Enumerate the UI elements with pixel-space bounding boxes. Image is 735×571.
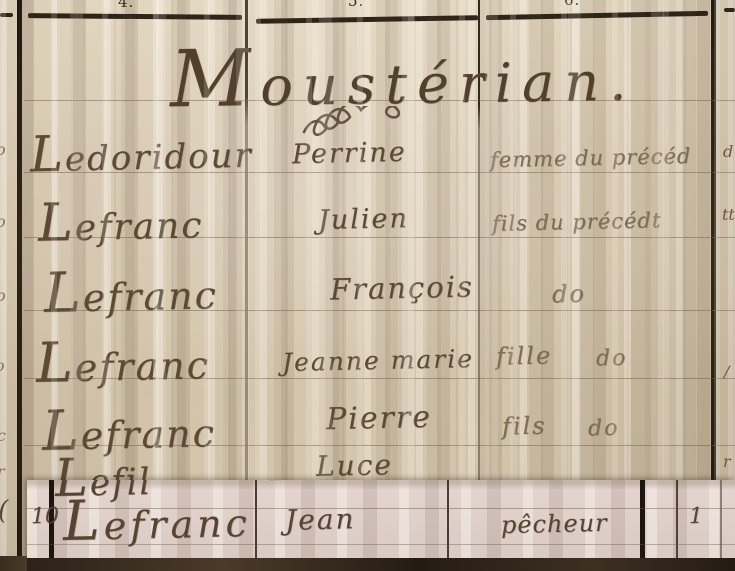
- row-firstname-partial: Luce: [316, 451, 393, 481]
- strip-line-number: 10: [31, 506, 59, 529]
- strip-firstname: Jean: [285, 505, 356, 534]
- register-page-photo: 4. 5. 6. Moustérian. Ledoridour Perrine …: [0, 0, 735, 571]
- row-surname: Lefranc: [43, 262, 218, 321]
- left-margin-mark: o: [0, 286, 6, 305]
- row-firstname: Pierre: [326, 403, 433, 435]
- overlapping-photo-strip: Lefil Luce 10 Lefranc Jean pêcheur 1: [27, 480, 735, 571]
- row-ditto: do: [596, 348, 628, 371]
- strip-partial-firstname: Luce: [269, 480, 346, 485]
- strip-bottom-border-band: [27, 558, 735, 571]
- row-firstname: François: [330, 272, 474, 304]
- right-margin-mark: /: [724, 362, 729, 381]
- table-right-border: [711, 0, 716, 490]
- row-relation: fils du précédt: [492, 210, 662, 235]
- header-rule-right-stub: [724, 8, 735, 12]
- column-number-5: 5.: [348, 0, 364, 10]
- row-ditto: do: [588, 418, 620, 441]
- right-margin-mark: d: [723, 142, 733, 161]
- strip-surname: Lefranc: [62, 490, 251, 549]
- row-relation: do: [552, 282, 586, 307]
- left-margin-mark: r: [0, 462, 5, 481]
- bottom-left-pen-mark: (: [0, 496, 8, 526]
- left-margin-mark: o: [0, 140, 6, 159]
- left-margin-mark: o: [0, 212, 6, 231]
- right-margin-mark: tt: [722, 205, 735, 224]
- table-left-border: [17, 0, 22, 571]
- column-number-6: 6.: [564, 0, 580, 9]
- row-relation: fils: [502, 414, 547, 439]
- strip-occupation: pêcheur: [501, 511, 608, 537]
- row-firstname: Perrine: [292, 139, 407, 168]
- header-rule-left-stub: [0, 13, 13, 17]
- header-rule-col5: [256, 15, 478, 23]
- strip-tally: 1: [689, 506, 705, 528]
- header-rule-col4: [28, 13, 242, 20]
- row-surname: Lefranc: [35, 332, 210, 391]
- column-number-4: 4.: [118, 0, 134, 11]
- row-firstname: Julien: [318, 205, 409, 234]
- left-margin-mark: o: [0, 356, 5, 375]
- row-surname: Lefranc: [37, 194, 203, 250]
- header-rule-col6: [486, 11, 708, 20]
- row-relation: fille: [496, 343, 553, 368]
- bottom-left-border-band: [0, 556, 27, 571]
- right-margin-mark: r: [723, 452, 731, 471]
- row-surname: Ledoridour: [30, 126, 254, 180]
- row-relation: femme du précéd: [490, 146, 692, 171]
- left-margin-mark: c: [0, 426, 6, 445]
- row-firstname: Jeanne marie: [282, 346, 475, 375]
